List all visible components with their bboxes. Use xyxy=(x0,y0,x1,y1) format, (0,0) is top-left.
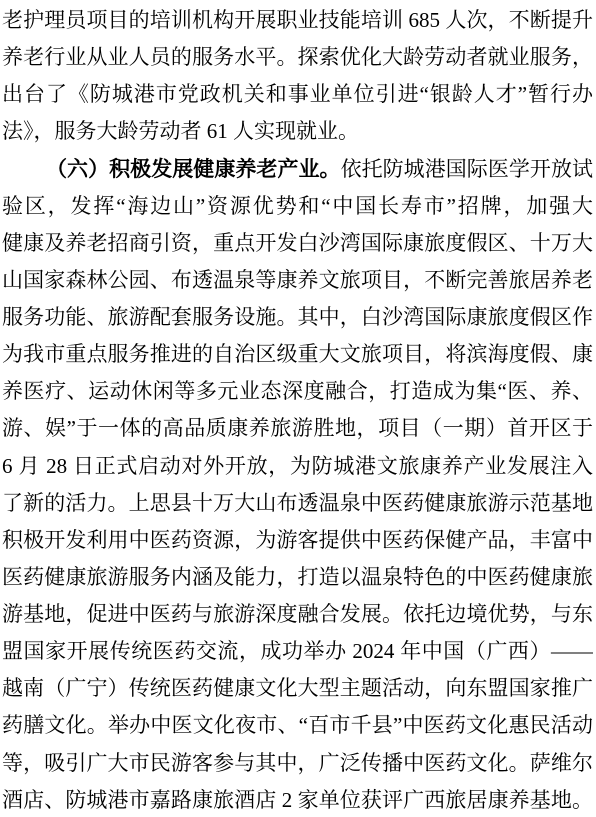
text-line-3: 出台了《防城港市党政机关和事业单位引进“银龄人才”暂行办 xyxy=(2,76,593,113)
text-line-19: 越南（广宁）传统医药健康文化大型主题活动，向东盟国家推广 xyxy=(2,670,593,707)
body-text: 法》，服务大龄劳动者 61 人实现就业。 xyxy=(2,119,359,143)
body-text: 依托防城港国际医学开放试 xyxy=(341,157,593,181)
body-text: 游基地，促进中医药与旅游深度融合发展。依托边境优势，与东 xyxy=(2,602,593,626)
body-text: 积极开发利用中医药资源，为游客提供中医药保健产品，丰富中 xyxy=(2,528,593,552)
text-line-1: 老护理员项目的培训机构开展职业技能培训 685 人次，不断提升 xyxy=(2,2,593,39)
text-column: 老护理员项目的培训机构开展职业技能培训 685 人次，不断提升养老行业从业人员的… xyxy=(2,2,593,817)
document-page: 老护理员项目的培训机构开展职业技能培训 685 人次，不断提升养老行业从业人员的… xyxy=(0,0,596,817)
body-text: 医药健康旅游服务内涵及能力，打造以温泉特色的中医药健康旅 xyxy=(2,565,593,589)
body-text: 等，吸引广大市民游客参与其中，广泛传播中医药文化。萨维尔 xyxy=(2,751,593,775)
text-line-7: 健康及养老招商引资，重点开发白沙湾国际康旅度假区、十万大 xyxy=(2,225,593,262)
text-line-5: （六）积极发展健康养老产业。依托防城港国际医学开放试 xyxy=(2,151,593,188)
body-text: 游、娱”于一体的高品质康养旅游胜地，项目（一期）首开区于 xyxy=(2,416,593,440)
body-text: 山国家森林公园、布透温泉等康养文旅项目，不断完善旅居养老 xyxy=(2,268,593,292)
text-line-10: 为我市重点服务推进的自治区级重大文旅项目，将滨海度假、康 xyxy=(2,336,593,373)
text-line-4: 法》，服务大龄劳动者 61 人实现就业。 xyxy=(2,113,593,150)
body-text: 了新的活力。上思县十万大山布透温泉中医药健康旅游示范基地 xyxy=(2,491,593,515)
text-line-14: 了新的活力。上思县十万大山布透温泉中医药健康旅游示范基地 xyxy=(2,485,593,522)
body-text: 盟国家开展传统医药交流，成功举办 2024 年中国（广西）—— xyxy=(2,639,593,663)
text-line-9: 服务功能、旅游配套服务设施。其中，白沙湾国际康旅度假区作 xyxy=(2,299,593,336)
text-line-12: 游、娱”于一体的高品质康养旅游胜地，项目（一期）首开区于 xyxy=(2,410,593,447)
section-heading: （六）积极发展健康养老产业。 xyxy=(46,157,341,181)
body-text: 健康及养老招商引资，重点开发白沙湾国际康旅度假区、十万大 xyxy=(2,231,593,255)
text-line-20: 药膳文化。举办中医文化夜市、“百市千县”中医药文化惠民活动 xyxy=(2,707,593,744)
body-text: 养医疗、运动休闲等多元业态深度融合，打造成为集“医、养、 xyxy=(2,379,593,403)
body-text: 养老行业从业人员的服务水平。探索优化大龄劳动者就业服务， xyxy=(2,45,593,69)
text-line-15: 积极开发利用中医药资源，为游客提供中医药保健产品，丰富中 xyxy=(2,522,593,559)
text-line-16: 医药健康旅游服务内涵及能力，打造以温泉特色的中医药健康旅 xyxy=(2,559,593,596)
body-text: 出台了《防城港市党政机关和事业单位引进“银龄人才”暂行办 xyxy=(2,82,593,106)
text-line-18: 盟国家开展传统医药交流，成功举办 2024 年中国（广西）—— xyxy=(2,633,593,670)
body-text: 酒店、防城港市嘉路康旅酒店 2 家单位获评广西旅居康养基地。 xyxy=(2,788,593,812)
text-line-8: 山国家森林公园、布透温泉等康养文旅项目，不断完善旅居养老 xyxy=(2,262,593,299)
body-text: 药膳文化。举办中医文化夜市、“百市千县”中医药文化惠民活动 xyxy=(2,713,593,737)
body-text: 验区，发挥“海边山”资源优势和“中国长寿市”招牌，加强大 xyxy=(2,194,593,218)
text-line-17: 游基地，促进中医药与旅游深度融合发展。依托边境优势，与东 xyxy=(2,596,593,633)
body-text: 为我市重点服务推进的自治区级重大文旅项目，将滨海度假、康 xyxy=(2,342,593,366)
body-text: 越南（广宁）传统医药健康文化大型主题活动，向东盟国家推广 xyxy=(2,676,593,700)
text-line-21: 等，吸引广大市民游客参与其中，广泛传播中医药文化。萨维尔 xyxy=(2,745,593,782)
body-text: 服务功能、旅游配套服务设施。其中，白沙湾国际康旅度假区作 xyxy=(2,305,593,329)
body-text: 老护理员项目的培训机构开展职业技能培训 685 人次，不断提升 xyxy=(2,8,593,32)
text-line-2: 养老行业从业人员的服务水平。探索优化大龄劳动者就业服务， xyxy=(2,39,593,76)
text-line-22: 酒店、防城港市嘉路康旅酒店 2 家单位获评广西旅居康养基地。 xyxy=(2,782,593,817)
text-line-6: 验区，发挥“海边山”资源优势和“中国长寿市”招牌，加强大 xyxy=(2,188,593,225)
body-text: 6 月 28 日正式启动对外开放，为防城港文旅康养产业发展注入 xyxy=(2,454,593,478)
text-line-11: 养医疗、运动休闲等多元业态深度融合，打造成为集“医、养、 xyxy=(2,373,593,410)
text-line-13: 6 月 28 日正式启动对外开放，为防城港文旅康养产业发展注入 xyxy=(2,448,593,485)
